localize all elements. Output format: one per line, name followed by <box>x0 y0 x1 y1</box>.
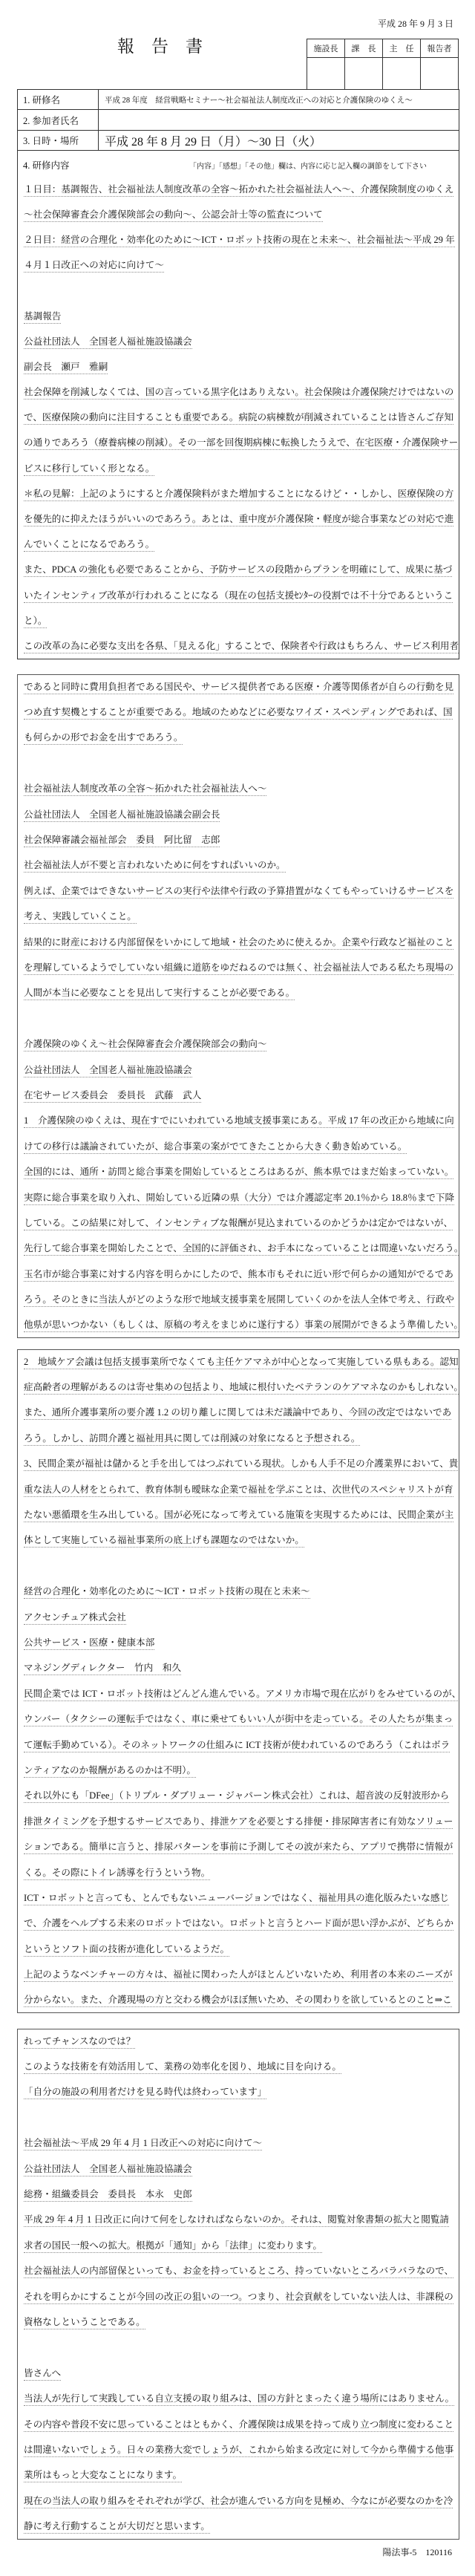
line-text: 公益社団法人 全国老人福祉施設協議会 <box>24 336 192 349</box>
line-text: 業所はもっと大変なことになります。 <box>24 2470 182 2482</box>
line: 3、民間企業が福祉は儲かると手を出してはつぶれている現状。しかも人手不足の介護業… <box>24 1452 459 1478</box>
line: ICT・ロボットと言っても、とんでもないニューバージョンではなく、福祉用具の進化… <box>24 1886 459 1911</box>
line-text: 例えば、企業ではできないサービスの実行や法律や行政の予算措置がなくてもやっていけ… <box>24 886 453 899</box>
line: 求者の国民一般への拡大。根拠が「通知」から「法律」に変わります。 <box>24 2234 459 2259</box>
line: この改革の為に必要な支出を各県、「見える化」することで、保険者や行政はもちろん、… <box>24 634 459 659</box>
line-text: 在宅サービス委員会 委員長 武藤 武人 <box>24 1090 201 1103</box>
line: ４月１日改正への対応に向けて～ <box>24 254 459 279</box>
line-text: 社会福祉法人の内部留保といっても、お金を持っているところ、持っていないところバラ… <box>24 2266 453 2278</box>
report-date: 平成 28 年 9 月 3 日 <box>378 18 453 30</box>
line-text: 公益社団法人 全国老人福祉施設協議会 <box>24 2164 192 2176</box>
line-text: であると同時に費用負担者である国民や、サービス提供者である医療・介護等関係者が自… <box>24 682 453 694</box>
line-text: で、医療保険の動向に注目することも重要である。病院の病棟数が削減されていることは… <box>24 412 453 425</box>
form-value: 平成 28 年度 経営戦略セミナー～社会福祉法人制度改正への対応と介護保険のゆく… <box>99 90 459 109</box>
form-row-training-content-header: 4. 研修内容 「内容」「感想」「その他」欄は、内容に応じ記入欄の調節をして下さ… <box>18 151 459 177</box>
section-heading: 社会福祉法人制度改革の全容～拓かれた社会福祉法人へ～ <box>24 783 266 796</box>
line-text: ２日目：経営の合理化・効率化のために～ICT・ロボット技術の現在と未来～、社会福… <box>24 235 455 247</box>
line <box>24 279 459 304</box>
line-text: 人間が本当に必要なことを見出して実行することが必要である。 <box>24 988 295 1000</box>
line-text: ンティアなのか報酬があるのかは不明）。 <box>24 1765 196 1778</box>
line: たない悪循環を生み出している。国が必死になって考えている施策を実現するためには、… <box>24 1503 459 1528</box>
line: を優先的に抑えたほうがいいのであろう。あとは、重中度が介護保険・軽度が総合事業な… <box>24 507 459 532</box>
line-text: 総務・組織委員会 委員長 本永 史郎 <box>24 2189 192 2202</box>
line-text: 公益社団法人 全国老人福祉施設協議会 <box>24 1065 192 1077</box>
line-text: している。この結果に対して、インセンティブな報酬が見込まれているのかどうかは定か… <box>24 1218 453 1230</box>
line: 考え、実践していくこと。 <box>24 905 459 930</box>
line: 排泄タイミングを予想するサービスであり、排泄ケアを必要とする排便・排尿障害者に有… <box>24 1810 459 1835</box>
line-text: れってチャンスなのでは？ <box>24 2036 135 2049</box>
line: くる。その際にトイレ誘導を行うという物。 <box>24 1861 459 1886</box>
line: 平成 29 年 4 月 1 日改正に向けて何をしなければならないのか。それは、閲… <box>24 2208 459 2234</box>
line: ろう。しかし、訪問介護と福祉用具に関しては削減の対象になると予想される。 <box>24 1426 459 1452</box>
line: 分からない。また、介護現場の方と交わる機会がほぼ無いため、その関わりを欲している… <box>24 1989 459 2013</box>
line: それ以外にも「DFee」（トリプル・ダブリュー・ジャパーン株式会社）これは、超音… <box>24 1784 459 1810</box>
line: て運転手勤めている）。そのネットワークの仕組みに ICT 技術が使われているので… <box>24 1733 459 1758</box>
line-text: 他県が思いつかない（もしくは、原稿の考えをまじめに遂行する）事業の展開ができるよ… <box>24 1320 459 1332</box>
line: 1 介護保険のゆくえは、現在すでにいわれている地域支援事業にある。平成 17 年… <box>24 1109 459 1135</box>
line-text: 上記のようなベンチャーの方々は、福祉に関わった人がほとんどいないため、利用者の本… <box>24 1969 453 1982</box>
line: 公益社団法人 全国老人福祉施設協議会副会長 <box>24 803 459 828</box>
line: けての移行は議論されていたが、総合事業の案がでてきたことから大きく動き始めている… <box>24 1135 459 1160</box>
line-text: 体として実施している福祉事業所の底上げも課題なのではないか。 <box>24 1535 304 1548</box>
line: また、PDCA の強化も必要であることから、予防サービスの段階からプランを明確に… <box>24 558 459 584</box>
line: んでいくことになるであろう。 <box>24 533 459 558</box>
line-text: 結果的に財産における内部留保をいかにして地域・社会のために使えるか。企業や行政な… <box>24 937 453 950</box>
line-text: マネジングディレクター 竹内 和久 <box>24 1663 181 1675</box>
line-text: このような技術を有効活用して、業務の効率化を図り、地域に目を向ける。 <box>24 2061 341 2074</box>
line-text: ～社会保障審査会介護保険部会の動向～、公認会計士等の監査について <box>24 209 323 222</box>
line-text: 資格なしということである。 <box>24 2317 145 2329</box>
line: というとソフト面の技術が進化しているようだ。 <box>24 1937 459 1963</box>
line-text: 1 介護保険のゆくえは、現在すでにいわれている地域支援事業にある。平成 17 年… <box>24 1115 454 1128</box>
line-text: 副会長 瀬戸 雅嗣 <box>24 362 108 374</box>
section-heading: 経営の合理化・効率化のために～ICT・ロボット技術の現在と未来～ <box>24 1586 310 1599</box>
line-text: 静に考え行動することが大切だと思います。 <box>24 2521 210 2534</box>
line: と）。 <box>24 609 459 634</box>
line <box>24 2336 459 2361</box>
line-text: と）。 <box>24 616 47 628</box>
form-value <box>99 110 459 130</box>
line-text: 排泄タイミングを予想するサービスであり、排泄ケアを必要とする排便・排尿障害者に有… <box>24 1816 453 1829</box>
line: アクセンチュア株式会社 <box>24 1605 459 1631</box>
line-text: 重な法人の人材をとられて、教育体制も曖昧な企業で福祉を学ぶことは、次世代のスペシ… <box>24 1484 453 1497</box>
line: 例えば、企業ではできないサービスの実行や法律や行政の予算措置がなくてもやっていけ… <box>24 879 459 904</box>
line: ンティアなのか報酬があるのかは不明）。 <box>24 1758 459 1784</box>
line <box>24 1007 459 1032</box>
section-heading: 皆さんへ <box>24 2368 61 2381</box>
stamp-cell-reporter <box>421 58 459 90</box>
line-text: 求者の国民一般への拡大。根拠が「通知」から「法律」に変わります。 <box>24 2240 322 2253</box>
form-row-training-name: 1. 研修名 平成 28 年度 経営戦略セミナー～社会福祉法人制度改正への対応と… <box>18 90 459 110</box>
line: の通りであろう（療養病棟の削減）。その一部を回復期病棟に転換したうえで、在宅医療… <box>24 431 459 457</box>
line-text: ろう。そのときに当法人がどのような形で地域支援事業を展開していくのかを法人全体で… <box>24 1294 454 1307</box>
approval-col-facility-director: 施設長 <box>307 39 345 58</box>
line <box>24 2106 459 2131</box>
line: 総務・組織委員会 委員長 本永 史郎 <box>24 2182 459 2208</box>
line: であると同時に費用負担者である国民や、サービス提供者である医療・介護等関係者が自… <box>24 675 459 700</box>
line: 社会福祉法人の内部留保といっても、お金を持っているところ、持っていないところバラ… <box>24 2260 459 2285</box>
line <box>24 1554 459 1579</box>
line-text: けての移行は議論されていたが、総合事業の案がでてきたことから大きく動き始めている… <box>24 1141 407 1154</box>
line: ビスに移行していく形となる。 <box>24 457 459 482</box>
line-text: んでいくことになるであろう。 <box>24 539 154 552</box>
line: 副会長 瀬戸 雅嗣 <box>24 355 459 380</box>
form-label: 1. 研修名 <box>18 90 99 109</box>
line-text: ウンバー（タクシーの運転手ではなく、車に乗せてもいい人が街中を走っている。その人… <box>24 1714 453 1726</box>
line: も何らかの形でお金を出すであろう。 <box>24 726 459 751</box>
approval-header-row: 施設長 課 長 主 任 報告者 <box>307 39 459 58</box>
line: 他県が思いつかない（もしくは、原稿の考えをまじめに遂行する）事業の展開ができるよ… <box>24 1314 459 1338</box>
line-text: 玉名市が総合事業に対する内容を明らかにしたので、熊本市もそれに近い形で何らかの通… <box>24 1269 453 1282</box>
approval-col-section-chief: 課 長 <box>345 39 383 58</box>
line-text: 公共サービス・医療・健康本部 <box>24 1637 154 1650</box>
report-content-page-2: であると同時に費用負担者である国民や、サービス提供者である医療・介護等関係者が自… <box>17 674 459 1338</box>
section-heading: 介護保険のゆくえ～社会保障審査会介護保険部会の動向～ <box>24 1039 266 1051</box>
approval-stamp-row <box>307 58 459 90</box>
form-label: 3. 日時・場所 <box>18 131 99 150</box>
line: 公益社団法人 全国老人福祉施設協議会 <box>24 1058 459 1083</box>
section-heading: 基調報告 <box>24 311 61 324</box>
form-value: 平成 28 年 8 月 29 日（月）～30 日（火） <box>99 131 459 150</box>
stamp-cell-supervisor <box>383 58 421 90</box>
line: 介護保険のゆくえ～社会保障審査会介護保険部会の動向～ <box>24 1032 459 1057</box>
line-text: アクセンチュア株式会社 <box>24 1612 126 1625</box>
line: 2 地域ケア会議は包括支援事業所でなくても主任ケアマネが中心となって実施している… <box>24 1350 459 1375</box>
line-text: 社会福祉法人が不要と言われないために何をすればいいのか。 <box>24 860 286 873</box>
line-text: も何らかの形でお金を出すであろう。 <box>24 732 183 745</box>
section-heading: 社会福祉法～平成 29 年 4 月 1 日改正への対応に向けて～ <box>24 2138 262 2151</box>
approval-col-supervisor: 主 任 <box>383 39 421 58</box>
form-label: 4. 研修内容 <box>23 158 70 172</box>
line: は間違いないでしょう。日々の業務大変でしょうが、これから始まる改定に対して今から… <box>24 2438 459 2463</box>
line: 玉名市が総合事業に対する内容を明らかにしたので、熊本市もそれに近い形で何らかの通… <box>24 1262 459 1288</box>
line: １日目：基調報告、社会福祉法人制度改革の全容～拓かれた社会福祉法人へ～、介護保険… <box>24 177 459 203</box>
line-text: 全国的には、通所・訪問と総合事業を開始しているところはあるが、熊本県ではまだ始ま… <box>24 1167 453 1179</box>
line-text: 社会保障を削減しなくては、国の言っている黒字化はありえない。社会保険は介護保険だ… <box>24 387 453 400</box>
line: 社会保障を削減しなくては、国の言っている黒字化はありえない。社会保険は介護保険だ… <box>24 381 459 406</box>
line: 民間企業では ICT・ロボット技術はどんどん進んでいる。アメリカ市場で現在広がり… <box>24 1682 459 1707</box>
line: 業所はもっと大変なことになります。 <box>24 2464 459 2489</box>
line: 結果的に財産における内部留保をいかにして地域・社会のために使えるか。企業や行政な… <box>24 930 459 956</box>
line: で、介護をヘルプする未来のロボットではない。ロボットと言うとハード面が思い浮かぶ… <box>24 1912 459 1937</box>
line-text: つめ直す契機とすることが重要である。地域のためなどに必要なワイズ・スペンディング… <box>24 707 453 720</box>
line-text: それ以外にも「DFee」（トリプル・ダブリュー・ジャパーン株式会社）これは、超音… <box>24 1790 449 1803</box>
line: 社会保障審議会福祉部会 委員 阿比留 志郎 <box>24 828 459 853</box>
line-text: を理解しているようでしていない組織に道筋をゆだねるのでは無く、社会福祉法人である… <box>24 962 453 975</box>
line-text: 考え、実践していくこと。 <box>24 911 137 924</box>
line-text: ビスに移行していく形となる。 <box>24 463 154 476</box>
report-content-page-4: れってチャンスなのでは？ このような技術を有効活用して、業務の効率化を図り、地域… <box>17 2029 459 2540</box>
line: 社会福祉法人制度改革の全容～拓かれた社会福祉法人へ～ <box>24 777 459 803</box>
line: ウンバー（タクシーの運転手ではなく、車に乗せてもいい人が街中を走っている。その人… <box>24 1707 459 1732</box>
line: 皆さんへ <box>24 2361 459 2387</box>
line-text: ＊私の見解：上記のようにすると介護保険料がまた増加することになるけど・・しかし、… <box>24 489 453 501</box>
line: ２日目：経営の合理化・効率化のために～ICT・ロボット技術の現在と未来～、社会福… <box>24 228 459 253</box>
line: 社会福祉法人が不要と言われないために何をすればいいのか。 <box>24 854 459 879</box>
line: その内容や普段不安に思っていることはともかく、介護保険は成果を持って成り立つ制度… <box>24 2413 459 2438</box>
line: を理解しているようでしていない組織に道筋をゆだねるのでは無く、社会福祉法人である… <box>24 956 459 981</box>
line: 全国的には、通所・訪問と総合事業を開始しているところはあるが、熊本県ではまだ始ま… <box>24 1160 459 1185</box>
line: れってチャンスなのでは？ <box>24 2029 459 2055</box>
line-text: 3、民間企業が福祉は儲かると手を出してはつぶれている現状。しかも人手不足の介護業… <box>24 1458 458 1471</box>
line-text: ションである。簡単に言うと、排尿パターンを事前に予測してその波が来たら、アプリで… <box>24 1842 453 1854</box>
line-text: の通りであろう（療養病棟の削減）。その一部を回復期病棟に転換したうえで、在宅医療… <box>24 437 458 450</box>
line-text: １日目：基調報告、社会福祉法人制度改革の全容～拓かれた社会福祉法人へ～、介護保険… <box>24 184 453 197</box>
line-text: この改革の為に必要な支出を各県、「見える化」することで、保険者や行政はもちろん、… <box>24 641 459 653</box>
line-text: 民間企業では ICT・ロボット技術はどんどん進んでいる。アメリカ市場で現在広がり… <box>24 1689 459 1701</box>
line: 資格なしということである。 <box>24 2310 459 2335</box>
line: 基調報告 <box>24 304 459 330</box>
form-label: 2. 参加者氏名 <box>18 110 99 130</box>
report-content-page-1: １日目：基調報告、社会福祉法人制度改革の全容～拓かれた社会福祉法人へ～、介護保険… <box>18 177 459 659</box>
document-code: 陽法事-5 120116 <box>382 2546 452 2558</box>
line: 公共サービス・医療・健康本部 <box>24 1631 459 1656</box>
line-text: 当法人が先行して実践している自立支援の取り組みは、国の方針とまったく違う場所には… <box>24 2393 454 2406</box>
line-text: ろう。しかし、訪問介護と福祉用具に関しては削減の対象になると予想される。 <box>24 1433 360 1446</box>
line: また、通所介護事業所の要介護 1.2 の切り離しに関しては未だ議論中であり、今回… <box>24 1401 459 1426</box>
line: 公益社団法人 全国老人福祉施設協議会 <box>24 2157 459 2182</box>
line-text: ４月１日改正への対応に向けて～ <box>24 260 164 273</box>
stamp-cell-section-chief <box>345 58 383 90</box>
line: ＊私の見解：上記のようにすると介護保険料がまた増加することになるけど・・しかし、… <box>24 482 459 507</box>
line: 「自分の施設の利用者だけを見る時代は終わっています」 <box>24 2081 459 2106</box>
line: 静に考え行動することが大切だと思います。 <box>24 2514 459 2540</box>
line-text: 社会保障審議会福祉部会 委員 阿比留 志郎 <box>24 835 220 847</box>
line: 当法人が先行して実践している自立支援の取り組みは、国の方針とまったく違う場所には… <box>24 2387 459 2412</box>
line: ～社会保障審査会介護保険部会の動向～、公認会計士等の監査について <box>24 203 459 228</box>
line: 上記のようなベンチャーの方々は、福祉に関わった人がほとんどいないため、利用者の本… <box>24 1963 459 1988</box>
report-form: 1. 研修名 平成 28 年度 経営戦略セミナー～社会福祉法人制度改正への対応と… <box>17 89 459 659</box>
line <box>24 751 459 777</box>
document-page: 平成 28 年 9 月 3 日 報 告 書 施設長 課 長 主 任 報告者 1.… <box>0 0 475 2576</box>
line: マネジングディレクター 竹内 和久 <box>24 1657 459 1682</box>
line: このような技術を有効活用して、業務の効率化を図り、地域に目を向ける。 <box>24 2055 459 2080</box>
line: いたインセンティブ改革が行われることになる（現在の包括支援ｾﾝﾀｰの役割では不十… <box>24 584 459 609</box>
line-text: ICT・ロボットと言っても、とんでもないニューバージョンではなく、福祉用具の進化… <box>24 1893 449 1905</box>
line-text: また、PDCA の強化も必要であることから、予防サービスの段階からプランを明確に… <box>24 564 452 577</box>
document-title: 報 告 書 <box>117 36 203 58</box>
line: 体として実施している福祉事業所の底上げも課題なのではないか。 <box>24 1529 459 1554</box>
line-text: たない悪循環を生み出している。国が必死になって考えている施策を実現するためには、… <box>24 1510 453 1522</box>
form-instruction-note: 「内容」「感想」「その他」欄は、内容に応じ記入欄の調節をして下さい <box>189 160 427 171</box>
line-text: 分からない。また、介護現場の方と交わる機会がほぼ無いため、その関わりを欲している… <box>24 1995 452 2007</box>
line-text: 先行して総合事業を開始したことで、全国的に評価され、お手本になっていることは間違… <box>24 1243 459 1256</box>
line-text: その内容や普段不安に思っていることはともかく、介護保険は成果を持って成り立つ制度… <box>24 2419 453 2432</box>
line-text: というとソフト面の技術が進化しているようだ。 <box>24 1944 229 1957</box>
stamp-cell-facility-director <box>307 58 345 90</box>
line: 実際に総合事業を取り入れ、開始している近隣の県（大分）では介護認定率 20.1％… <box>24 1186 459 1211</box>
line: それを明らかにすることが今回の改正の狙いの一つ。つまり、社会貢献をしていない法人… <box>24 2285 459 2310</box>
form-row-datetime-place: 3. 日時・場所 平成 28 年 8 月 29 日（月）～30 日（火） <box>18 131 459 151</box>
line: で、医療保険の動向に注目することも重要である。病院の病棟数が削減されていることは… <box>24 406 459 431</box>
form-row-participant-name: 2. 参加者氏名 <box>18 110 459 131</box>
quote-text: 「自分の施設の利用者だけを見る時代は終わっています」 <box>24 2087 266 2099</box>
line-text: いたインセンティブ改革が行われることになる（現在の包括支援ｾﾝﾀｰの役割では不十… <box>24 590 453 603</box>
line: 現在の当法人の取り組みをそれぞれが学び、社会が進んでいる方向を見極め、今なにが必… <box>24 2489 459 2514</box>
line-text: は間違いないでしょう。日々の業務大変でしょうが、これから始まる改定に対して今から… <box>24 2445 453 2457</box>
line-text: 平成 29 年 4 月 1 日改正に向けて何をしなければならないのか。それは、閲… <box>24 2214 449 2227</box>
line: 経営の合理化・効率化のために～ICT・ロボット技術の現在と未来～ <box>24 1580 459 1605</box>
report-content-page-3: 2 地域ケア会議は包括支援事業所でなくても主任ケアマネが中心となって実施している… <box>17 1349 459 2013</box>
line-text: 症高齢者の理解があるのは寄せ集めの包括より、地域に根付いたベテランのケアマネなの… <box>24 1382 459 1395</box>
line: つめ直す契機とすることが重要である。地域のためなどに必要なワイズ・スペンディング… <box>24 700 459 725</box>
line-text: 現在の当法人の取り組みをそれぞれが学び、社会が進んでいる方向を見極め、今なにが必… <box>24 2496 453 2508</box>
line: 先行して総合事業を開始したことで、全国的に評価され、お手本になっていることは間違… <box>24 1237 459 1262</box>
line: 社会福祉法～平成 29 年 4 月 1 日改正への対応に向けて～ <box>24 2132 459 2157</box>
line-text: で、介護をヘルプする未来のロボットではない。ロボットと言うとハード面が思い浮かぶ… <box>24 1918 453 1931</box>
line-text: 2 地域ケア会議は包括支援事業所でなくても主任ケアマネが中心となって実施している… <box>24 1357 459 1369</box>
line: している。この結果に対して、インセンティブな報酬が見込まれているのかどうかは定か… <box>24 1211 459 1236</box>
line-text: を優先的に抑えたほうがいいのであろう。あとは、重中度が介護保険・軽度が総合事業な… <box>24 514 453 526</box>
line-text: 公益社団法人 全国老人福祉施設協議会副会長 <box>24 809 220 822</box>
line: 症高齢者の理解があるのは寄せ集めの包括より、地域に根付いたベテランのケアマネなの… <box>24 1375 459 1401</box>
line: 在宅サービス委員会 委員長 武藤 武人 <box>24 1083 459 1109</box>
line: 公益社団法人 全国老人福祉施設協議会 <box>24 330 459 355</box>
approval-col-reporter: 報告者 <box>421 39 459 58</box>
line: 人間が本当に必要なことを見出して実行することが必要である。 <box>24 982 459 1007</box>
line: 重な法人の人材をとられて、教育体制も曖昧な企業で福祉を学ぶことは、次世代のスペシ… <box>24 1478 459 1503</box>
approval-stamp-table: 施設長 課 長 主 任 報告者 <box>307 39 459 90</box>
line-text: それを明らかにすることが今回の改正の狙いの一つ。つまり、社会貢献をしていない法人… <box>24 2292 453 2304</box>
line: ションである。簡単に言うと、排尿パターンを事前に予測してその波が来たら、アプリで… <box>24 1835 459 1860</box>
line-text: 実際に総合事業を取り入れ、開始している近隣の県（大分）では介護認定率 20.1％… <box>24 1193 454 1205</box>
line-text: て運転手勤めている）。そのネットワークの仕組みに ICT 技術が使われているので… <box>24 1740 450 1752</box>
line-text: くる。その際にトイレ誘導を行うという物。 <box>24 1868 210 1880</box>
line-text: また、通所介護事業所の要介護 1.2 の切り離しに関しては未だ議論中であり、今回… <box>24 1407 451 1420</box>
line: ろう。そのときに当法人がどのような形で地域支援事業を展開していくのかを法人全体で… <box>24 1288 459 1313</box>
